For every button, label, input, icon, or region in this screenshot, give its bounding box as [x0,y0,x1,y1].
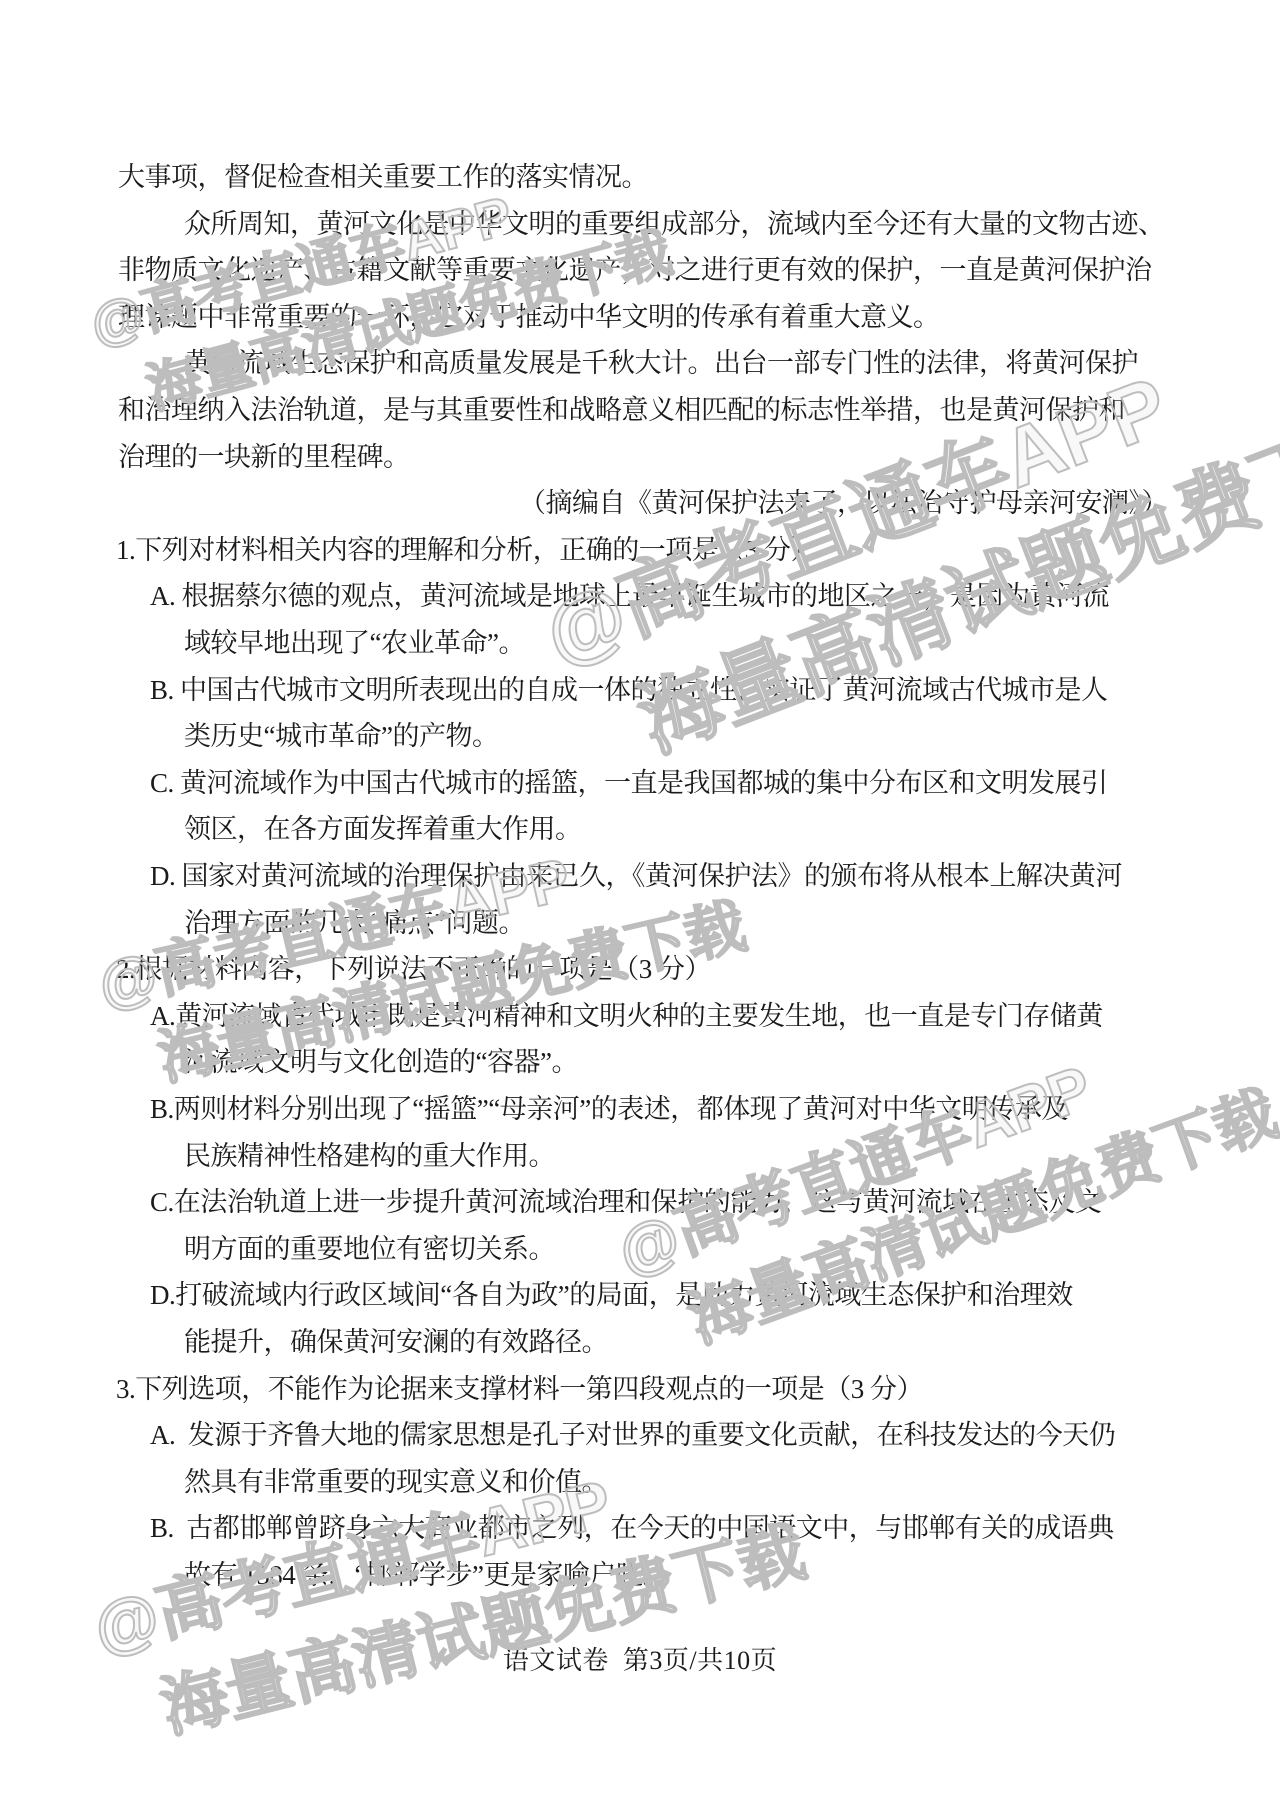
question-1-option-d-cont: 治理方面的几大“痛点”问题。 [184,906,525,940]
question-2-option-b: B.两则材料分别出现了“摇篮”“母亲河”的表述，都体现了黄河对中华文明传承及 [150,1092,1068,1126]
question-2-option-b-cont: 民族精神性格建构的重大作用。 [184,1139,555,1173]
source-attribution: （摘编自《黄河保护法来了，以法治守护母亲河安澜》） [519,486,1168,520]
question-2-option-d: D.打破流域内行政区域间“各自为政”的局面，是助力黄河流域生态保护和治理效 [150,1278,1073,1312]
question-2-option-d-cont: 能提升，确保黄河安澜的有效路径。 [184,1325,608,1359]
page-footer: 语文试卷 第3页/共10页 [0,1640,1280,1677]
question-1-option-c: C. 黄河流域作为中国古代城市的摇篮，一直是我国都城的集中分布区和文明发展引 [150,766,1108,800]
question-1-option-a: A. 根据蔡尔德的观点，黄河流域是地球上最早诞生城市的地区之一，是因为黄河流 [150,579,1109,613]
question-3-option-b: B. 古都邯郸曾跻身六大商业都市之列，在今天的中国语文中，与邯郸有关的成语典 [150,1511,1114,1545]
watermark-line1: @高考直通车APP [84,1414,792,1676]
question-2-option-c-cont: 明方面的重要地位有密切关系。 [184,1232,555,1266]
question-1-option-c-cont: 领区，在各方面发挥着重大作用。 [184,812,582,846]
question-3-stem: 3.下列选项，不能作为论据来支撑材料一第四段观点的一项是（3 分） [116,1372,923,1406]
material-line: 非物质文化遗产、古籍文献等重要文化遗产，对之进行更有效的保护，一直是黄河保护治 [118,253,1152,287]
question-3-option-a: A. 发源于齐鲁大地的儒家思想是孔子对世界的重要文化贡献，在科技发达的今天仍 [150,1418,1115,1452]
question-2-option-a-cont: 河流域文明与文化创造的“容器”。 [184,1045,578,1079]
watermark-line1: @高考直通车APP [606,988,1260,1298]
question-2-option-a: A.黄河流域古代城市既是黄河精神和文明火种的主要发生地，也一直是专门存储黄 [150,999,1103,1033]
material-line: 和治理纳入法治轨道，是与其重要性和战略意义相匹配的标志性举措，也是黄河保护和 [118,393,1125,427]
question-2-stem: 2.根据材料内容，下列说法不正确的一项是（3 分） [116,952,711,986]
question-1-stem: 1.下列对材料相关内容的理解和分析，正确的一项是（3 分） [116,533,817,567]
question-3-option-a-cont: 然具有非常重要的现实意义和价值。 [184,1465,608,1499]
question-3-option-b-cont: 故有 1584 条，“邯郸学步”更是家喻户晓。 [184,1558,669,1592]
watermark-line1: @高考直通车APP [528,271,1280,694]
material-line: 治理的一块新的里程碑。 [118,440,410,474]
material-line: 理课题中非常重要的一环，它对于推动中华文明的传承有着重大意义。 [118,300,940,334]
question-1-option-d: D. 国家对黄河流域的治理保护由来已久，《黄河保护法》的颁布将从根本上解决黄河 [150,859,1122,893]
material-line: 大事项，督促检查相关重要工作的落实情况。 [118,160,648,194]
question-1-option-b-cont: 类历史“城市革命”的产物。 [184,719,498,753]
material-line: 众所周知，黄河文化是中华文明的重要组成部分，流域内至今还有大量的文物古迹、 [184,207,1165,241]
question-1-option-a-cont: 域较早地出现了“农业革命”。 [184,626,525,660]
question-2-option-c: C.在法治轨道上进一步提升黄河流域治理和保护的能力，这与黄河流域在生态及文 [150,1185,1101,1219]
question-1-option-b: B. 中国古代城市文明所表现出的自成一体的独立性，实证了黄河流域古代城市是人 [150,673,1108,707]
material-line: 黄河流域生态保护和高质量发展是千秋大计。出台一部专门性的法律，将黄河保护 [184,346,1138,380]
exam-page: 大事项，督促检查相关重要工作的落实情况。众所周知，黄河文化是中华文明的重要组成部… [0,0,1280,1807]
